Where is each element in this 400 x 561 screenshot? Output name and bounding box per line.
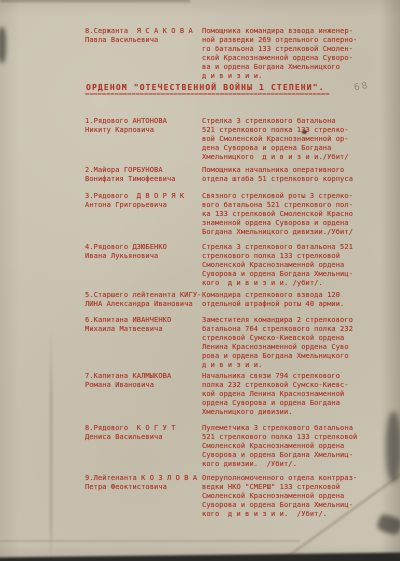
recipient-description: Пулеметчика 3 стрелкового батальона521 с… bbox=[202, 424, 387, 469]
recipient-description: Командира стрелкового взвода 120отдельно… bbox=[202, 291, 387, 309]
recipient-description-line: ской Краснознаменной ордена Суворо- bbox=[202, 54, 387, 63]
recipient-name: 4.Рядового ДЗЮБЕНКОИвана Лукьяновича bbox=[85, 243, 167, 261]
recipient-description-line: Начальника связи 794 стрелкового bbox=[202, 372, 387, 381]
recipient-name-line: ЛИНА Александра Ивановича bbox=[85, 300, 202, 309]
recipient-description: Стрелка 3 стрелкового батальона 521стрел… bbox=[202, 243, 387, 288]
recipient-description-line: вой Смоленской Краснознаменной ор- bbox=[202, 135, 387, 144]
recipient-description-line: ка 133 стрелковой Смоленской Красно bbox=[202, 210, 387, 219]
recipient-description-line: полка 232 стрелковой Сумско-Киевс- bbox=[202, 381, 387, 390]
recipient-name: 2.Майора ГОРБУНОВАВонифатия Тимофеевича bbox=[85, 166, 176, 184]
recipient-description-line: Суворова и ордена Богдана Хмельниц- bbox=[202, 451, 387, 460]
recipient-description-line: ведки НКО "СМЕРШ" 133 стрелковой bbox=[202, 483, 387, 492]
recipient-description-line: рова и ордена Богдана Хмельницкого bbox=[202, 352, 387, 361]
recipient-description-line: отдела штаба 51 стрелкового корпуса bbox=[202, 175, 387, 184]
recipient-description-line: го батальона 133 стрелковой Смолен- bbox=[202, 45, 387, 54]
recipient-description-line: знаменной ордена Суворова и ордена bbox=[202, 219, 387, 228]
recipient-name-line: Михаила Матвеевича bbox=[85, 325, 171, 334]
recipient-description-line: кого д и в и з и и. /убит/. bbox=[202, 279, 387, 288]
recipient-name: 8.Рядового К О Г У ТДениса Васильевича bbox=[85, 424, 176, 442]
recipient-description-line: Суворова и ордена Богдана Хмельниц- bbox=[202, 501, 387, 510]
recipient-name-line: 4.Рядового ДЗЮБЕНКО bbox=[85, 243, 167, 252]
recipient-description-line: ной разведки 269 отдельного саперно- bbox=[202, 36, 387, 45]
recipient-description-line: д и в и з и и. bbox=[202, 72, 387, 81]
recipient-description: Оперуполномоченного отдела контрраз-ведк… bbox=[202, 474, 387, 519]
recipient-description-line: стрелковой Сумско-Киевской ордена bbox=[202, 334, 387, 343]
recipient-name-line: Ивана Лукьяновича bbox=[85, 252, 167, 261]
recipient-name-line: 8.Сержанта Я С А К О В А bbox=[85, 27, 193, 36]
recipient-description-line: Стрелка 3 стрелкового батальона 521 bbox=[202, 243, 387, 252]
recipient-name-line: Антона Григорьевича bbox=[85, 201, 184, 210]
recipient-description-line: Смоленской Краснознаменной ордена bbox=[202, 442, 387, 451]
recipient-name: 8.Сержанта Я С А К О В АПавла Васильевич… bbox=[85, 27, 193, 45]
recipient-description-line: батальона 764 стрелкового полка 232 bbox=[202, 325, 387, 334]
award-title-underline: ========================================… bbox=[85, 91, 329, 98]
recipient-description-line: отдельной штрафной роты 40 армии. bbox=[202, 300, 387, 309]
recipient-description: Начальника связи 794 стрелковогополка 23… bbox=[202, 372, 387, 417]
recipient-description-line: Оперуполномоченного отдела контрраз- bbox=[202, 474, 387, 483]
recipient-name-line: Никиту Карповича bbox=[85, 126, 167, 135]
recipient-name-line: 3.Рядового Д В О Р Я К bbox=[85, 192, 184, 201]
recipient-description-line: Смоленской Краснознаменной ордена bbox=[202, 261, 387, 270]
recipient-name: 9.Лейтенанта К О З Л О В АПетра Феоктист… bbox=[85, 474, 197, 492]
recipient-name-line: Вонифатия Тимофеевича bbox=[85, 175, 176, 184]
recipient-description-line: кой ордена Ленина Краснознаменной bbox=[202, 390, 387, 399]
vertical-crease bbox=[50, 330, 52, 561]
recipient-description-line: ва и ордена Богдана Хмельницкого bbox=[202, 63, 387, 72]
recipient-name: 3.Рядового Д В О Р Я КАнтона Григорьевич… bbox=[85, 192, 184, 210]
document-page: 68 ОРДЕНОМ "ОТЕЧЕСТВЕННОЙ ВОЙНЫ 1 СТЕПЕН… bbox=[0, 0, 400, 561]
recipient-description-line: Хмельницкого д и в и з и и./Убит/ bbox=[202, 153, 387, 162]
recipient-name-line: 6.Капитана ИВАНЧЕНКО bbox=[85, 316, 171, 325]
recipient-description-line: 521 стрелкового полка 133 стрелко- bbox=[202, 126, 387, 135]
recipient-name-line: Романа Ивановича bbox=[85, 381, 171, 390]
recipient-description-line: 521 стрелкового полка 133 стрелковой bbox=[202, 433, 387, 442]
recipient-description-line: Связного стрелковой роты 3 стрелко- bbox=[202, 192, 387, 201]
recipient-description-line: Заместителя командира 2 стрелкового bbox=[202, 316, 387, 325]
paper-bottom-edge bbox=[0, 552, 400, 561]
recipient-description-line: дена Суворова и ордена Богдана bbox=[202, 144, 387, 153]
recipient-name: 1.Рядового АНТОНОВАНикиту Карповича bbox=[85, 117, 167, 135]
recipient-description-line: вого батальона 521 стрелкового пол- bbox=[202, 201, 387, 210]
recipient-description-line: кого д и в и з и и. /Убит/. bbox=[202, 510, 387, 519]
recipient-name-line: Павла Васильевича bbox=[85, 36, 193, 45]
recipient-name-line: Петра Феоктистовича bbox=[85, 483, 197, 492]
recipient-description-line: Стрелка 3 стрелкового батальона bbox=[202, 117, 387, 126]
recipient-description: Связного стрелковой роты 3 стрелко-вого … bbox=[202, 192, 387, 237]
recipient-description: Стрелка 3 стрелкового батальона521 стрел… bbox=[202, 117, 387, 162]
recipient-name-line: 8.Рядового К О Г У Т bbox=[85, 424, 176, 433]
recipient-description-line: Ленина Краснознаменной ордена Суво bbox=[202, 343, 387, 352]
recipient-name: 7.Капитана КАЛМЫКОВАРомана Ивановича bbox=[85, 372, 171, 390]
recipient-description-line: д и в и з и и. bbox=[202, 361, 387, 370]
left-edge-stain bbox=[0, 27, 6, 63]
horizontal-crease bbox=[0, 540, 300, 542]
recipient-description-line: стрелкового полка 133 стрелковой bbox=[202, 252, 387, 261]
recipient-description-line: Богдана Хмельницкого дивизии./Убит/ bbox=[202, 228, 387, 237]
recipient-description-line: Командира стрелкового взвода 120 bbox=[202, 291, 387, 300]
recipient-description-line: Помощника командира взвода инженер- bbox=[202, 27, 387, 36]
recipient-description-line: Смоленской Краснознаменной ордена bbox=[202, 492, 387, 501]
recipient-name-line: 9.Лейтенанта К О З Л О В А bbox=[85, 474, 197, 483]
recipient-name-line: Дениса Васильевича bbox=[85, 433, 176, 442]
recipient-description: Помощника начальника оперативногоотдела … bbox=[202, 166, 387, 184]
recipient-description-line: Суворова и ордена Богдана Хмельниц- bbox=[202, 270, 387, 279]
recipient-description-line: ордена Суворова и ордена Богдана bbox=[202, 399, 387, 408]
recipient-description-line: Помощника начальника оперативного bbox=[202, 166, 387, 175]
recipient-name-line: 5.Старшего лейтенанта КИГУ- bbox=[85, 291, 202, 300]
recipient-name: 6.Капитана ИВАНЧЕНКОМихаила Матвеевича bbox=[85, 316, 171, 334]
paper-top-edge-shadow bbox=[0, 0, 190, 2]
recipient-description-line: кого дивизии. /Убит/. bbox=[202, 460, 387, 469]
recipient-description-line: Хмельницкого дивизии. bbox=[202, 408, 387, 417]
recipient-description-line: Пулеметчика 3 стрелкового батальона bbox=[202, 424, 387, 433]
recipient-description: Помощника командира взвода инженер-ной р… bbox=[202, 27, 387, 81]
recipient-name: 5.Старшего лейтенанта КИГУ-ЛИНА Александ… bbox=[85, 291, 202, 309]
right-edge-stain bbox=[386, 412, 400, 482]
recipient-description: Заместителя командира 2 стрелковогобатал… bbox=[202, 316, 387, 370]
recipient-name-line: 2.Майора ГОРБУНОВА bbox=[85, 166, 176, 175]
recipient-name-line: 1.Рядового АНТОНОВА bbox=[85, 117, 167, 126]
pencil-annotation: 68 bbox=[353, 81, 370, 94]
recipient-name-line: 7.Капитана КАЛМЫКОВА bbox=[85, 372, 171, 381]
